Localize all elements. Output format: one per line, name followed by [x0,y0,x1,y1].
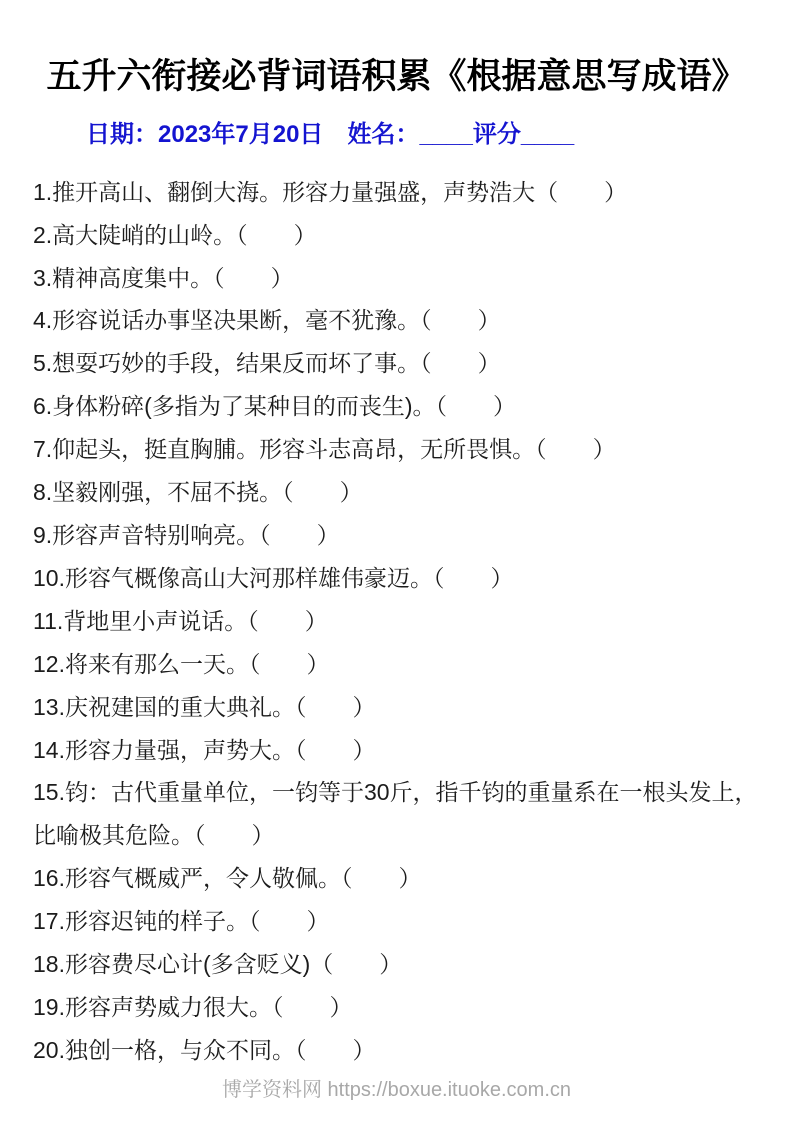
question-item-5: 5.想耍巧妙的手段，结果反而坏了事。（ ） [33,342,766,385]
question-item-16: 16.形容气概威严，令人敬佩。（ ） [33,857,766,900]
question-item-10: 10.形容气概像高山大河那样雄伟豪迈。（ ） [33,557,766,600]
score-blank: ____ [521,121,574,148]
question-item-14: 14.形容力量强，声势大。（ ） [33,729,766,772]
question-item-11: 11.背地里小声说话。（ ） [33,600,766,643]
question-item-17: 17.形容迟钝的样子。（ ） [33,900,766,943]
meta-line: 日期：2023年7月20日姓名：____评分____ [86,114,793,149]
footer-text: 博学资料网 https://boxue.ituoke.com.cn [222,1079,571,1101]
date-value: 2023年7月20日 [158,121,323,148]
score-label: 评分 [473,121,521,148]
question-item-20: 20.独创一格，与众不同。（ ） [33,1029,766,1072]
question-item-6: 6.身体粉碎(多指为了某种目的而丧生)。（ ） [33,385,766,428]
question-item-18: 18.形容费尽心计(多含贬义)（ ） [33,943,766,986]
worksheet-title: 五升六衔接必背词语积累《根据意思写成语》 [0,0,793,99]
question-item-19: 19.形容声势威力很大。（ ） [33,986,766,1029]
question-item-12: 12.将来有那么一天。（ ） [33,643,766,686]
question-item-7: 7.仰起头，挺直胸脯。形容斗志高昂，无所畏惧。（ ） [33,428,766,471]
question-item-13: 13.庆祝建国的重大典礼。（ ） [33,686,766,729]
question-item-1: 1.推开高山、翻倒大海。形容力量强盛，声势浩大（ ） [33,171,766,214]
footer-watermark: 博学资料网 https://boxue.ituoke.com.cn [0,1073,793,1102]
question-item-3: 3.精神高度集中。（ ） [33,257,766,300]
name-label: 姓名： [347,121,419,148]
question-item-9: 9.形容声音特别响亮。（ ） [33,514,766,557]
question-item-4: 4.形容说话办事坚决果断，毫不犹豫。（ ） [33,299,766,342]
question-item-8: 8.坚毅刚强，不屈不挠。（ ） [33,471,766,514]
name-blank: ____ [419,121,472,148]
question-item-2: 2.高大陡峭的山岭。（ ） [33,214,766,257]
question-item-15: 15.钧：古代重量单位，一钧等于30斤，指千钧的重量系在一根头发上，比喻极其危险… [33,771,766,857]
date-label: 日期： [86,121,158,148]
questions-list: 1.推开高山、翻倒大海。形容力量强盛，声势浩大（ ） 2.高大陡峭的山岭。（ ）… [33,171,766,1072]
worksheet-page: 五升六衔接必背词语积累《根据意思写成语》 日期：2023年7月20日姓名：___… [0,0,793,1122]
